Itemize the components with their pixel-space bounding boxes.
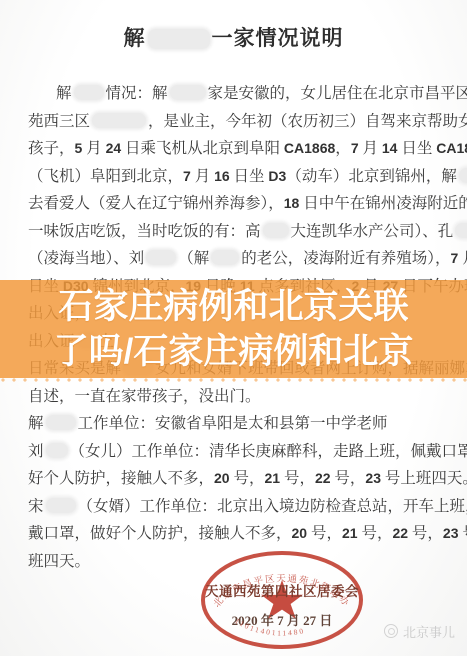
redaction-blob	[46, 415, 76, 430]
redaction-blob	[455, 223, 467, 238]
redaction-blob	[459, 168, 467, 183]
latin-text: 16	[214, 168, 230, 184]
watermark-text: 北京事儿	[403, 622, 455, 641]
document-photo: 解一家情况说明 解情况：解家是安徽的，女儿居住在北京市昌平区天通苑西三区，是业主…	[0, 0, 467, 656]
latin-text: CA1868	[284, 140, 335, 156]
document-text-line: 自述，一直在家带孩子，没出门。	[28, 383, 442, 411]
document-text-line: （凌海当地）、刘（解的老公，凌海附近有养殖场），7 月 19	[28, 245, 442, 273]
document-title: 解一家情况说明	[0, 22, 467, 52]
redaction-blob	[263, 223, 289, 238]
latin-text: 5	[75, 140, 83, 156]
document-text-line: 好个人防护，接触人不多，20 号，21 号，22 号，23 号上班四天。	[28, 465, 442, 493]
document-text-line: 孩子，5 月 24 日乘飞机从北京到阜阳 CA1868，7 月 14 日坐 CA…	[28, 135, 442, 163]
latin-text: 14	[382, 140, 398, 156]
latin-text: 22	[392, 525, 408, 541]
redaction-blob	[92, 113, 146, 128]
redaction-blob	[170, 85, 206, 100]
latin-text: CA1868	[436, 140, 467, 156]
latin-text: D3	[268, 168, 286, 184]
redaction-blob	[146, 250, 176, 265]
headline-line-2: 了吗/石家庄病例和北京	[0, 329, 467, 374]
latin-text: 18	[284, 195, 300, 211]
official-red-seal: 北京市昌平区天通苑北街道办事处 天通西苑第四社区居委会 2020 年 7 月 2…	[198, 550, 366, 654]
latin-text: 20	[292, 525, 308, 541]
document-text-line: （飞机）阜阳到北京，7 月 16 日坐 D3（动车）北京到锦州，解	[28, 163, 442, 191]
latin-text: 21	[342, 525, 358, 541]
document-text-line: 解工作单位：安徽省阜阳是太和县第一中学老师	[28, 410, 442, 438]
document-text-line: 苑西三区，是业主，今年初（农历初三）自驾来京帮助女儿带	[28, 108, 442, 136]
document-text-line: 去看爱人（爱人在辽宁锦州养海参），18 日中午在锦州凌海附近的锦	[28, 190, 442, 218]
document-text-line: 一味饭店吃饭，当时吃饭的有：高大连凯华水产公司）、孔	[28, 218, 442, 246]
latin-text: 22	[315, 470, 331, 486]
beijing-shier-logo-icon	[384, 624, 398, 638]
redaction-blob	[148, 29, 210, 49]
latin-text: 7	[451, 250, 459, 266]
seal-org-name: 天通西苑第四社区居委会	[205, 583, 359, 599]
latin-text: 24	[106, 140, 122, 156]
latin-text: 7	[351, 140, 359, 156]
latin-text: 23	[365, 470, 381, 486]
document-text-line: 戴口罩，做好个人防护，接触人不多，20 号，21 号，22 号，23 号上	[28, 520, 442, 548]
headline-line-1: 石家庄病例和北京关联	[0, 284, 467, 329]
headline-overlay-banner: 石家庄病例和北京关联 了吗/石家庄病例和北京	[0, 280, 467, 378]
latin-text: 21	[264, 470, 280, 486]
document-text-line: 解情况：解家是安徽的，女儿居住在北京市昌平区天通	[28, 80, 442, 108]
redaction-blob	[46, 498, 76, 513]
redaction-blob	[74, 85, 104, 100]
latin-text: 20	[214, 470, 230, 486]
document-text-line: 宋（女婿）工作单位：北京出入境边防检查总站，开车上班，佩	[28, 493, 442, 521]
document-text-line: 刘（女儿）工作单位：清华长庚麻醉科，走路上班，佩戴口罩，做	[28, 438, 442, 466]
latin-text: 7	[183, 168, 191, 184]
redaction-blob	[211, 250, 239, 265]
watermark: 北京事儿	[384, 622, 455, 640]
redaction-blob	[46, 443, 68, 458]
latin-text: 23	[443, 525, 459, 541]
